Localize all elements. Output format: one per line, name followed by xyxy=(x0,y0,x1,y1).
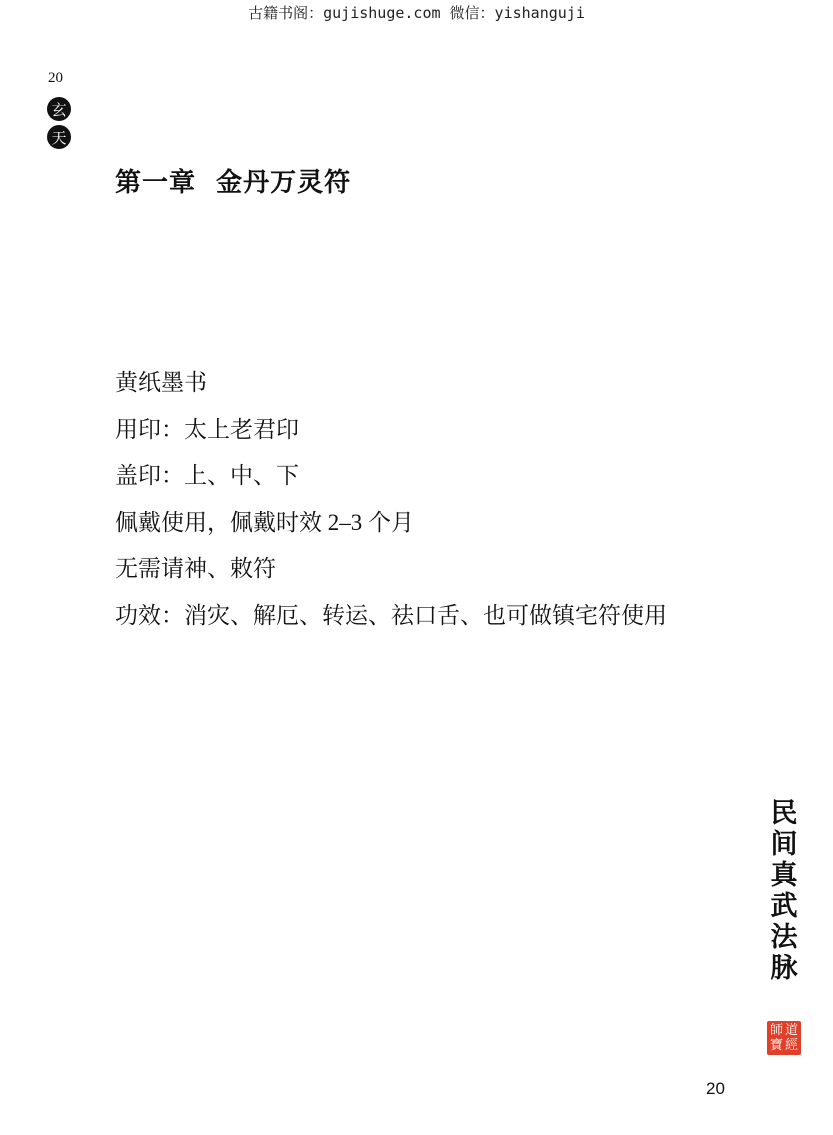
vertical-title-char: 间 xyxy=(766,829,802,860)
side-page-number: 20 xyxy=(48,70,63,87)
body-text: 黄纸墨书 用印：太上老君印 盖印：上、中、下 佩戴使用，佩戴时效 2–3 个月 … xyxy=(115,367,667,646)
vertical-title-char: 真 xyxy=(766,860,802,891)
body-line-usage: 佩戴使用，佩戴时效 2–3 个月 xyxy=(115,507,667,554)
footer-page-number: 20 xyxy=(706,1079,725,1099)
chapter-title: 第一章 金丹万灵符 xyxy=(115,162,351,199)
vertical-title-char: 武 xyxy=(766,891,802,922)
vertical-book-title: 民 间 真 武 法 脉 xyxy=(766,798,802,984)
body-line-requirement: 无需请神、敕符 xyxy=(115,553,667,600)
side-badge-tian: 天 xyxy=(47,125,71,149)
side-badge-xuan: 玄 xyxy=(47,97,71,121)
body-line-seal-position: 盖印：上、中、下 xyxy=(115,460,667,507)
body-line-paper: 黄纸墨书 xyxy=(115,367,667,414)
seal-char: 寶 xyxy=(769,1038,784,1053)
seal-char: 道 xyxy=(784,1023,799,1038)
seal-char: 經 xyxy=(784,1038,799,1053)
vertical-title-char: 脉 xyxy=(766,953,802,984)
body-line-effect: 功效：消灾、解厄、转运、祛口舌、也可做镇宅符使用 xyxy=(115,600,667,647)
seal-char: 師 xyxy=(769,1023,784,1038)
body-line-seal-used: 用印：太上老君印 xyxy=(115,414,667,461)
vertical-title-char: 法 xyxy=(766,922,802,953)
red-seal-stamp-icon: 師 道 寶 經 xyxy=(767,1021,801,1055)
vertical-title-char: 民 xyxy=(766,798,802,829)
watermark-header: 古籍书阁：gujishuge.com 微信：yishanguji xyxy=(0,2,833,23)
